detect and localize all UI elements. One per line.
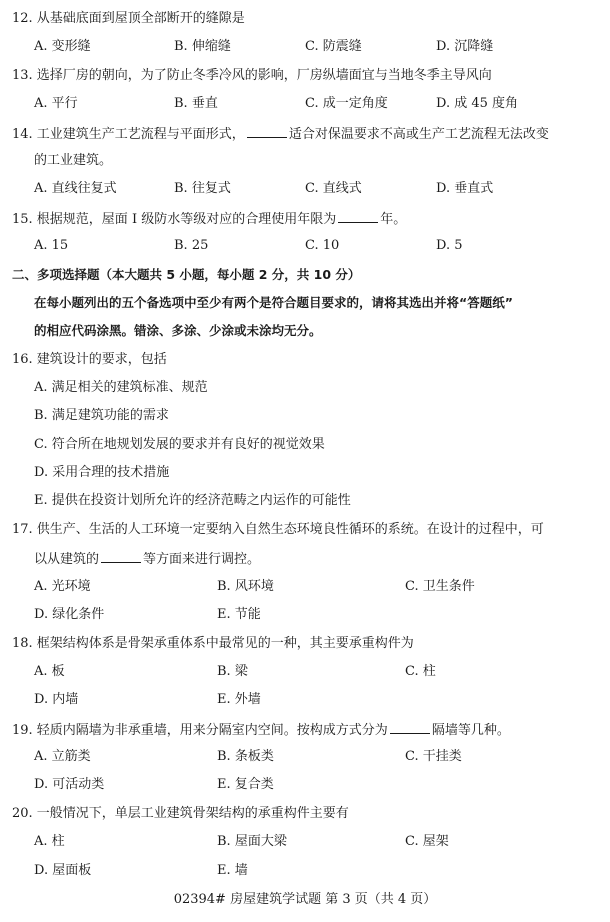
q17-stem-cont-before: 以从建筑的 bbox=[34, 552, 99, 567]
q19-fill-blank bbox=[390, 720, 430, 734]
q18-option-a: A. 板 bbox=[34, 663, 65, 681]
question-15-stem: 15. 根据规范，屋面 Ⅰ 级防水等级对应的合理使用年限为年。 bbox=[12, 209, 406, 227]
q13-option-b: B. 垂直 bbox=[174, 95, 218, 113]
q16-option-a: A. 满足相关的建筑标准、规范 bbox=[34, 379, 208, 397]
q14-option-d: D. 垂直式 bbox=[436, 180, 493, 198]
q17-option-e: E. 节能 bbox=[217, 606, 261, 624]
q19-option-b: B. 条板类 bbox=[217, 748, 274, 766]
question-19-stem: 19. 轻质内隔墙为非承重墙，用来分隔室内空间。按构成方式分为隔墙等几种。 bbox=[12, 720, 510, 738]
question-12-stem: 12. 从基础底面到屋顶全部断开的缝隙是 bbox=[12, 10, 245, 28]
q17-stem-cont-after: 等方面来进行调控。 bbox=[143, 552, 260, 567]
q16-option-b: B. 满足建筑功能的需求 bbox=[34, 407, 169, 425]
q15-stem-before: 15. 根据规范，屋面 Ⅰ 级防水等级对应的合理使用年限为 bbox=[12, 212, 336, 227]
q16-option-c: C. 符合所在地规划发展的要求并有良好的视觉效果 bbox=[34, 436, 325, 454]
q14-option-b: B. 往复式 bbox=[174, 180, 231, 198]
q18-option-c: C. 柱 bbox=[405, 663, 436, 681]
question-17-stem: 17. 供生产、生活的人工环境一定要纳入自然生态环境良性循环的系统。在设计的过程… bbox=[12, 521, 544, 539]
q19-option-e: E. 复合类 bbox=[217, 776, 274, 794]
q18-option-e: E. 外墙 bbox=[217, 691, 261, 709]
q20-option-d: D. 屋面板 bbox=[34, 862, 91, 880]
q17-option-d: D. 绿化条件 bbox=[34, 606, 104, 624]
q15-option-c: C. 10 bbox=[305, 237, 339, 255]
q15-option-a: A. 15 bbox=[34, 237, 68, 255]
question-20-stem: 20. 一般情况下，单层工业建筑骨架结构的承重构件主要有 bbox=[12, 805, 349, 823]
q19-option-c: C. 干挂类 bbox=[405, 748, 462, 766]
q19-option-a: A. 立筋类 bbox=[34, 748, 91, 766]
question-13-stem: 13. 选择厂房的朝向，为了防止冬季冷风的影响，厂房纵墙面宜与当地冬季主导风向 bbox=[12, 67, 492, 85]
q18-option-d: D. 内墙 bbox=[34, 691, 78, 709]
question-18-stem: 18. 框架结构体系是骨架承重体系中最常见的一种，其主要承重构件为 bbox=[12, 635, 414, 653]
q14-option-a: A. 直线往复式 bbox=[34, 180, 117, 198]
q12-option-d: D. 沉降缝 bbox=[436, 38, 493, 56]
question-17-stem-continued: 以从建筑的等方面来进行调控。 bbox=[34, 549, 260, 567]
q12-option-c: C. 防震缝 bbox=[305, 38, 362, 56]
q17-option-b: B. 风环境 bbox=[217, 578, 274, 596]
page-footer: 02394# 房屋建筑学试题 第 3 页（共 4 页） bbox=[0, 891, 610, 909]
section-2-title: 二、多项选择题（本大题共 5 小题，每小题 2 分，共 10 分） bbox=[12, 266, 360, 284]
q19-stem-before: 19. 轻质内隔墙为非承重墙，用来分隔室内空间。按构成方式分为 bbox=[12, 723, 388, 738]
q15-option-b: B. 25 bbox=[174, 237, 208, 255]
q14-fill-blank bbox=[247, 124, 287, 138]
q14-stem-before: 14. 工业建筑生产工艺流程与平面形式， bbox=[12, 127, 245, 142]
q13-option-c: C. 成一定角度 bbox=[305, 95, 388, 113]
question-14-stem: 14. 工业建筑生产工艺流程与平面形式，适合对保温要求不高或生产工艺流程无法改变 bbox=[12, 124, 549, 142]
q17-option-c: C. 卫生条件 bbox=[405, 578, 475, 596]
q12-option-b: B. 伸缩缝 bbox=[174, 38, 231, 56]
question-16-stem: 16. 建筑设计的要求，包括 bbox=[12, 351, 167, 369]
q20-option-a: A. 柱 bbox=[34, 833, 65, 851]
q19-option-d: D. 可活动类 bbox=[34, 776, 104, 794]
q14-option-c: C. 直线式 bbox=[305, 180, 362, 198]
q16-option-e: E. 提供在投资计划所允许的经济范畴之内运作的可能性 bbox=[34, 492, 351, 510]
q17-option-a: A. 光环境 bbox=[34, 578, 91, 596]
q19-stem-after: 隔墙等几种。 bbox=[432, 723, 510, 738]
section-2-instruction-line-2: 的相应代码涂黑。错涂、多涂、少涂或未涂均无分。 bbox=[34, 322, 322, 340]
q13-option-a: A. 平行 bbox=[34, 95, 78, 113]
question-14-stem-continued: 的工业建筑。 bbox=[34, 152, 112, 170]
q15-option-d: D. 5 bbox=[436, 237, 463, 255]
q12-option-a: A. 变形缝 bbox=[34, 38, 91, 56]
section-2-instruction-line-1: 在每小题列出的五个备选项中至少有两个是符合题目要求的，请将其选出并将“答题纸” bbox=[34, 294, 513, 312]
q20-option-c: C. 屋架 bbox=[405, 833, 449, 851]
q15-fill-blank bbox=[338, 209, 378, 223]
q16-option-d: D. 采用合理的技术措施 bbox=[34, 464, 169, 482]
q18-option-b: B. 梁 bbox=[217, 663, 248, 681]
q20-option-b: B. 屋面大梁 bbox=[217, 833, 287, 851]
q17-fill-blank bbox=[101, 549, 141, 563]
q13-option-d: D. 成 45 度角 bbox=[436, 95, 518, 113]
q14-stem-after: 适合对保温要求不高或生产工艺流程无法改变 bbox=[289, 127, 549, 142]
q15-stem-after: 年。 bbox=[380, 212, 406, 227]
q20-option-e: E. 墙 bbox=[217, 862, 248, 880]
